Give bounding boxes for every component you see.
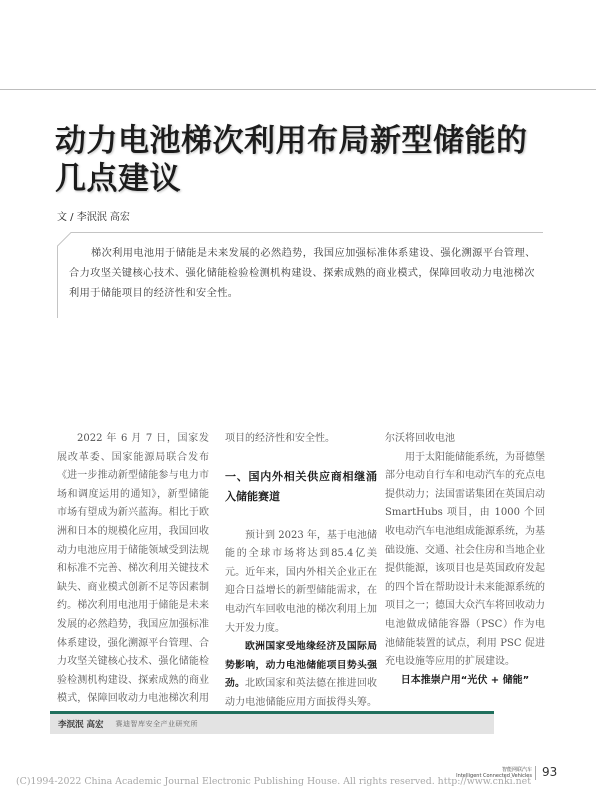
author-names: 李泯泯 高宏	[58, 718, 103, 730]
abstract-text: 梯次利用电池用于储能是未来发展的必然趋势，我国应加强标准体系建设、强化溯源平台管…	[69, 244, 539, 304]
paragraph: 项目的经济性和安全性。	[225, 430, 377, 449]
abstract-box: 梯次利用电池用于储能是未来发展的必然趋势，我国应加强标准体系建设、强化溯源平台管…	[57, 232, 543, 318]
page-number-divider	[535, 766, 536, 780]
author-affiliation: 赛迪智库安全产业研究所	[115, 719, 198, 729]
article-title: 动力电池梯次利用布局新型储能的几点建议	[55, 122, 555, 198]
paragraph: 2022 年 6 月 7 日，国家发展改革委、国家能源局联合发布《进一步推动新型…	[57, 430, 209, 728]
author-info-bar: 李泯泯 高宏 赛迪智库安全产业研究所	[50, 711, 494, 734]
section-heading: 一、国内外相关供应商相继涌入储能赛道	[225, 467, 377, 507]
top-horizontal-rule	[0, 89, 596, 90]
copyright-notice: (C)1994-2022 China Academic Journal Elec…	[16, 776, 531, 787]
subsection-heading: 日本推崇户用“光伏 + 储能”	[385, 672, 545, 691]
journal-name: 智能网联汽车 Intelligent Connected Vehicles	[456, 767, 532, 779]
article-byline: 文 / 李泯泯 高宏	[57, 208, 130, 223]
paragraph: 预计到 2023 年，基于电池储能的全球市场将达到85.4亿美元。近年来，国内外…	[225, 527, 377, 639]
column-3: 尔沃将回收电池 用于太阳能储能系统，为哥德堡部分电动自行车和电动汽车的充点电提供…	[385, 430, 545, 690]
paragraph: 用于太阳能储能系统，为哥德堡部分电动自行车和电动汽车的充点电提供动力；法国雷诺集…	[385, 449, 545, 672]
column-2: 项目的经济性和安全性。 一、国内外相关供应商相继涌入储能赛道 预计到 2023 …	[225, 430, 377, 731]
paragraph: 尔沃将回收电池	[385, 430, 545, 449]
column-1: 2022 年 6 月 7 日，国家发展改革委、国家能源局联合发布《进一步推动新型…	[57, 430, 209, 728]
journal-name-en: Intelligent Connected Vehicles	[456, 773, 532, 779]
article-body: 2022 年 6 月 7 日，国家发展改革委、国家能源局联合发布《进一步推动新型…	[57, 430, 547, 706]
page-number: 93	[542, 765, 557, 779]
